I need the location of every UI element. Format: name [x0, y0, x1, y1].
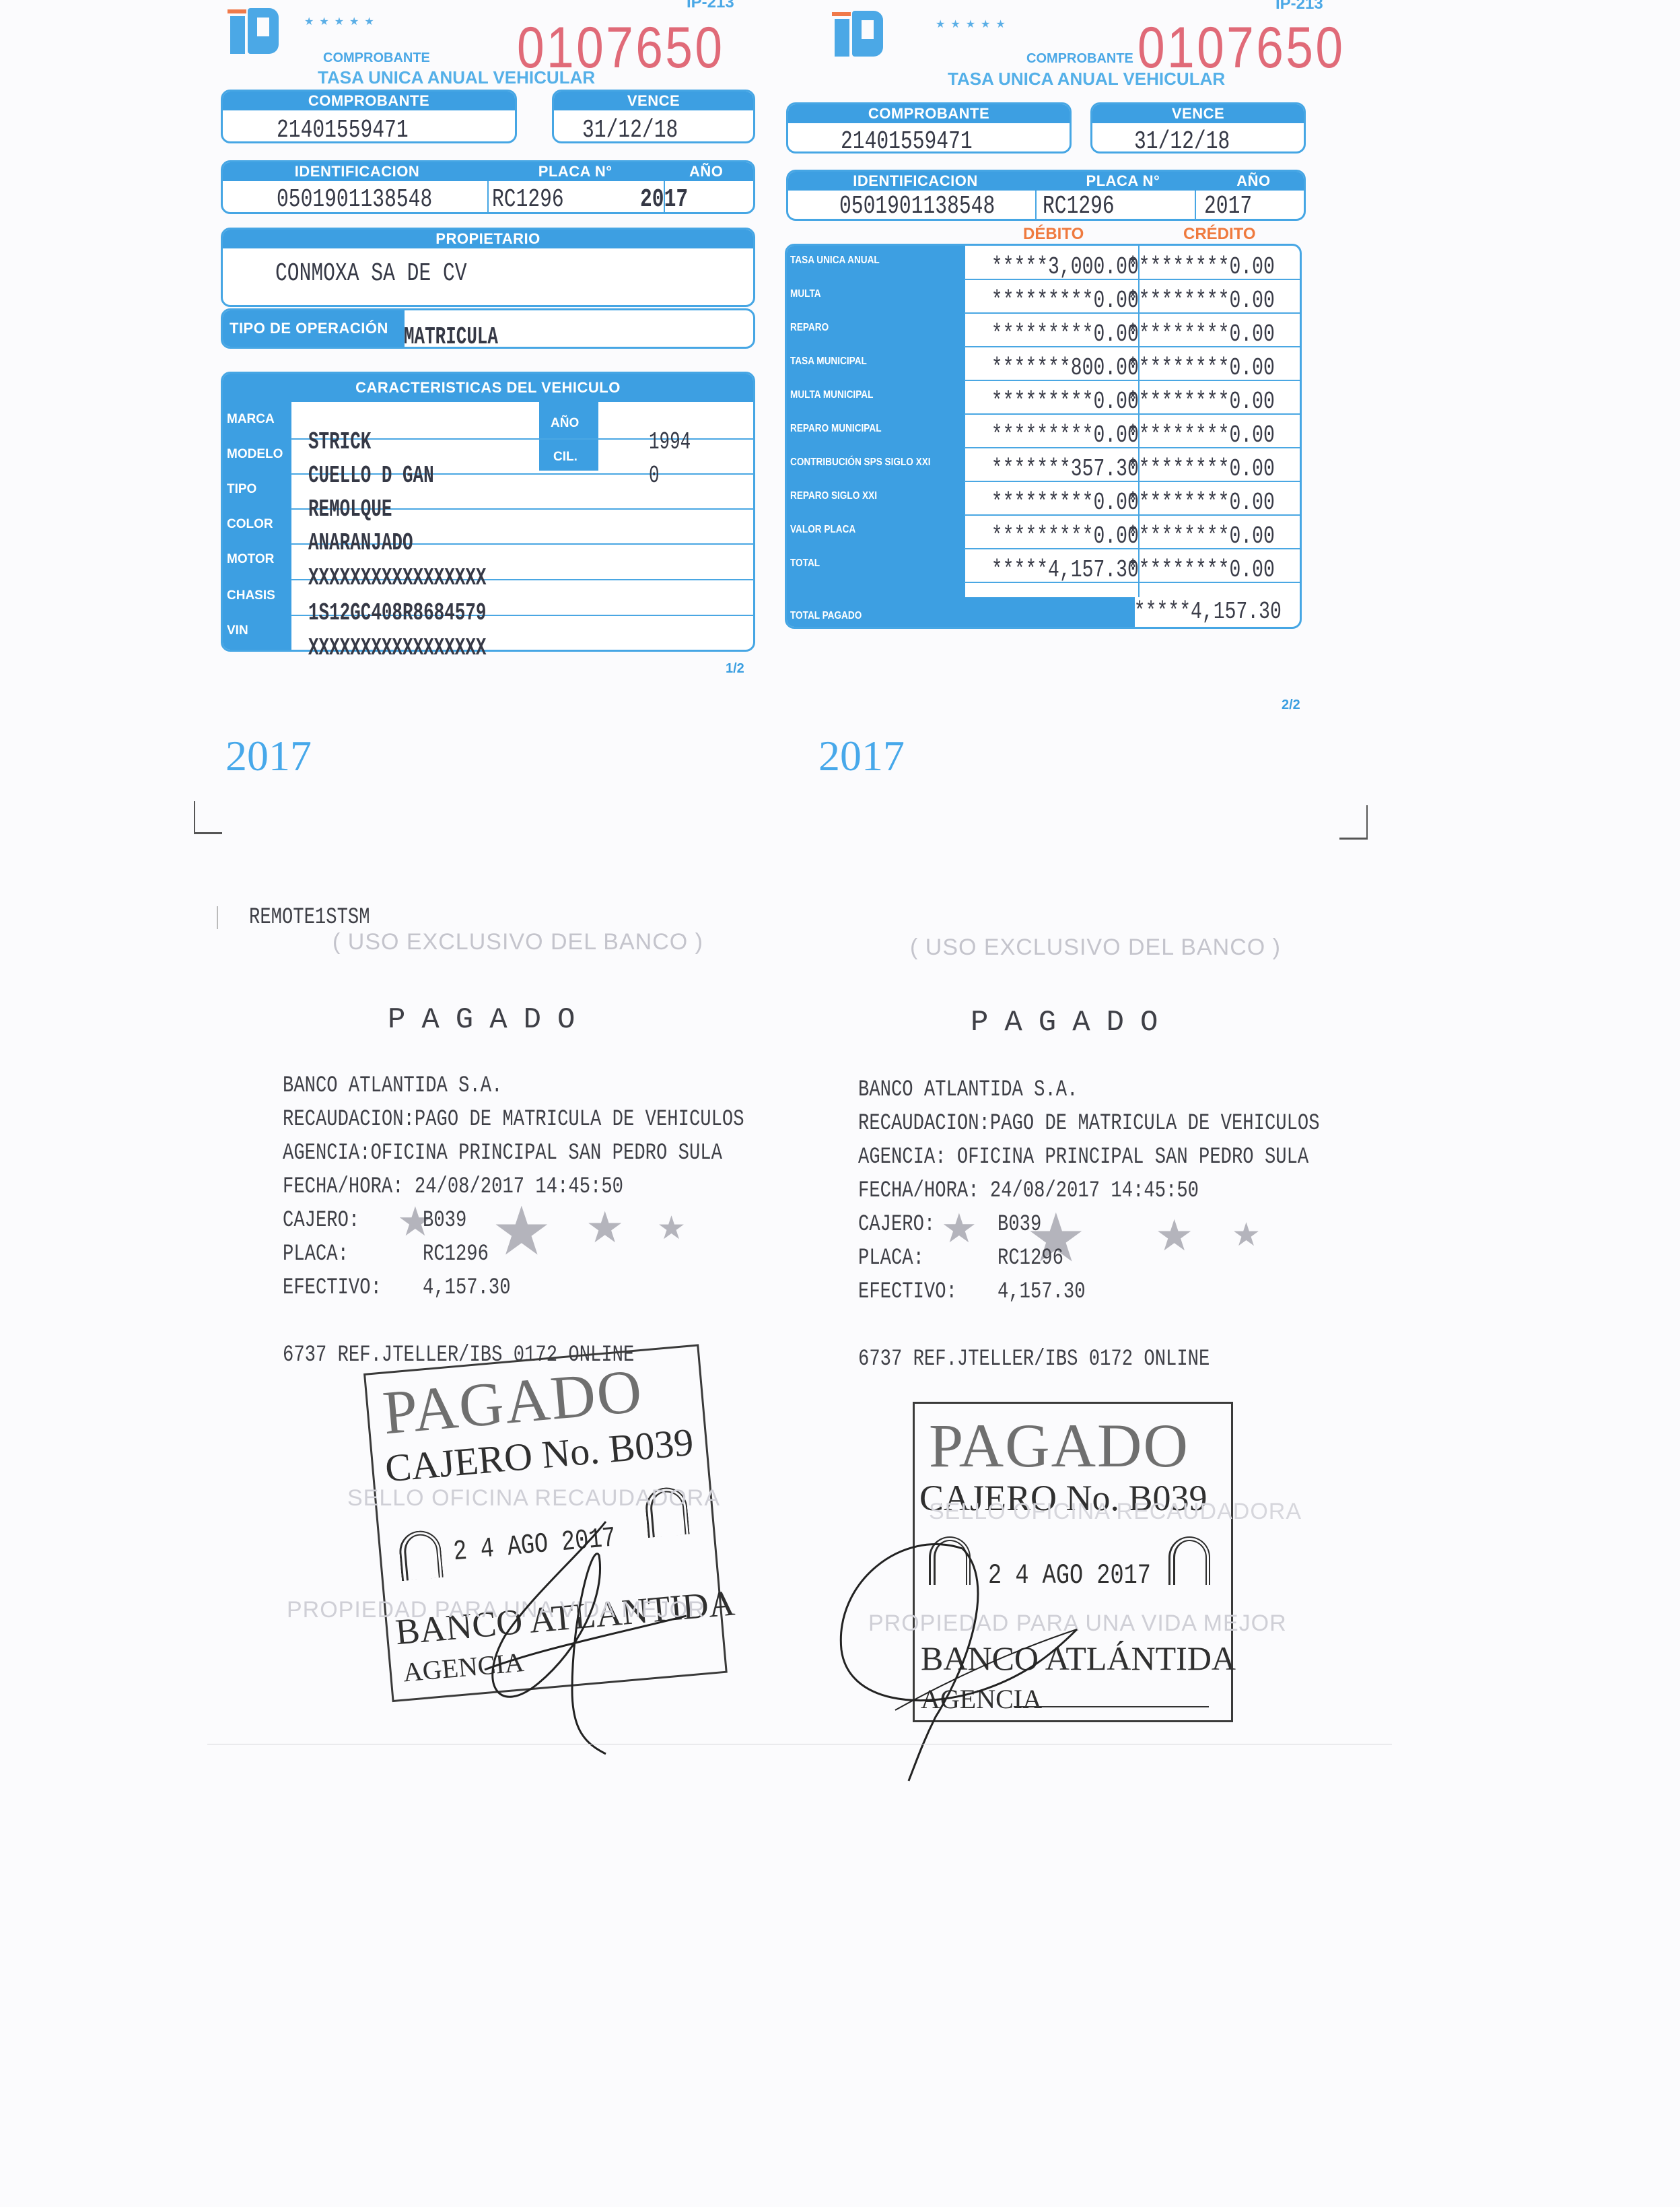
credito-value: *********0.00 — [1127, 388, 1275, 415]
table-rule — [964, 481, 1300, 482]
debito-header: DÉBITO — [1023, 225, 1084, 244]
veh-value-marca: STRICK — [308, 428, 371, 456]
seal-text: SELLO OFICINA RECAUDADORA — [347, 1485, 720, 1512]
table-rule — [964, 380, 1300, 381]
credito-value: *********0.00 — [1127, 556, 1275, 584]
bank-logo-icon — [1168, 1536, 1210, 1585]
identificacion-field: IDENTIFICACION PLACA N° AÑO 050190113854… — [786, 170, 1306, 221]
veh-label-marca: MARCA — [227, 412, 275, 427]
receipt-line: BANCO ATLANTIDA S.A. — [858, 1077, 1078, 1103]
propietario-value: CONMOXA SA DE CV — [275, 259, 648, 288]
cajero-label: CAJERO: — [283, 1208, 359, 1233]
efectivo-value: 4,157.30 — [998, 1279, 1086, 1305]
scan-line — [207, 1744, 1392, 1744]
comprobante-field: COMPROBANTE 21401559471 — [786, 102, 1072, 154]
veh-value-motor: XXXXXXXXXXXXXXXXX — [308, 564, 486, 592]
veh-label-tipo: TIPO — [227, 482, 256, 497]
tipo-operacion-value: MATRICULA — [404, 323, 498, 351]
table-rule — [964, 548, 1300, 549]
placa-label: PLACA: — [858, 1246, 924, 1271]
debito-value: *******800.00 — [991, 354, 1139, 382]
receipt-line: AGENCIA: OFICINA PRINCIPAL SAN PEDRO SUL… — [858, 1145, 1308, 1170]
reference-line: 6737 REF.JTELLER/IBS 0172 ONLINE — [858, 1347, 1210, 1372]
uso-exclusivo-label: ( USO EXCLUSIVO DEL BANCO ) — [910, 935, 1281, 961]
amount-label: VALOR PLACA — [790, 524, 855, 536]
form-code: IP-213 — [687, 0, 734, 12]
table-rule — [964, 582, 1300, 583]
placa-value: RC1296 — [492, 185, 564, 214]
debito-value: *********0.00 — [991, 320, 1139, 348]
star-icon: ★ — [657, 1209, 686, 1247]
form-code: IP-213 — [1275, 0, 1323, 13]
comprobante-value: 21401559471 — [277, 116, 462, 143]
credito-value: *********0.00 — [1127, 522, 1275, 550]
comprobante-field: COMPROBANTE 21401559471 — [221, 90, 517, 143]
veh-label-color: COLOR — [227, 517, 273, 532]
year-watermark: 2017 — [225, 731, 312, 781]
credito-value: *********0.00 — [1127, 489, 1275, 516]
amount-label: TASA MUNICIPAL — [790, 355, 867, 368]
amount-label: MULTA MUNICIPAL — [790, 389, 873, 401]
stars-icon: ★★★★★ — [304, 15, 380, 28]
crop-mark — [1366, 805, 1368, 839]
identificacion-field: IDENTIFICACION PLACA N° AÑO 050190113854… — [221, 160, 755, 214]
pagado-status: PAGADO — [388, 1003, 591, 1037]
debito-value: *********0.00 — [991, 421, 1139, 449]
propietario-field: PROPIETARIO CONMOXA SA DE CV — [221, 228, 755, 307]
total-pagado-value: *****4,157.30 — [1134, 598, 1282, 625]
amount-label: REPARO MUNICIPAL — [790, 423, 881, 435]
debito-value: *********0.00 — [991, 388, 1139, 415]
year-watermark: 2017 — [818, 731, 905, 781]
receipt-line: FECHA/HORA: 24/08/2017 14:45:50 — [283, 1174, 623, 1200]
stars-icon: ★★★★★ — [936, 18, 1011, 31]
stamp-title: PAGADO — [929, 1410, 1189, 1481]
form-title: TASA UNICA ANUAL VEHICULAR — [948, 69, 1225, 90]
debito-value: *******357.30 — [991, 455, 1139, 483]
table-rule — [964, 279, 1300, 280]
anio-value: 2017 — [1204, 192, 1252, 221]
receipt-line: RECAUDACION:PAGO DE MATRICULA DE VEHICUL… — [283, 1107, 744, 1132]
serial-label: COMPROBANTE — [1026, 51, 1133, 67]
amount-label: REPARO — [790, 322, 829, 334]
table-rule — [964, 312, 1300, 314]
veh-value-chasis: 1S12GC408R8684579 — [308, 599, 486, 627]
identificacion-label: IDENTIFICACION — [223, 163, 491, 180]
star-icon: ★ — [586, 1202, 624, 1253]
table-rule — [964, 447, 1300, 448]
vence-value: 31/12/18 — [582, 116, 715, 143]
veh-label-vin: VIN — [227, 623, 248, 638]
amount-label: TASA UNICA ANUAL — [790, 254, 880, 267]
receipt-line: BANCO ATLANTIDA S.A. — [283, 1073, 502, 1099]
propietario-label: PROPIETARIO — [435, 230, 540, 248]
placa-label: PLACA N° — [1043, 172, 1203, 190]
veh-label-chasis: CHASIS — [227, 588, 275, 603]
efectivo-value: 4,157.30 — [423, 1275, 511, 1301]
veh-value-cil: 0 — [649, 462, 660, 489]
credito-value: *********0.00 — [1127, 287, 1275, 314]
table-rule — [964, 346, 1300, 347]
caracteristicas-panel: CARACTERISTICAS DEL VEHICULO — [221, 372, 755, 652]
tipo-operacion-label: TIPO DE OPERACIÓN — [230, 320, 388, 337]
signature-icon — [404, 1515, 713, 1757]
ip-logo-icon — [228, 7, 281, 55]
ip-logo-icon — [832, 9, 886, 58]
total-pagado-label: TOTAL PAGADO — [790, 610, 862, 622]
table-rule — [964, 413, 1300, 415]
debito-value: *********0.00 — [991, 522, 1139, 550]
veh-value-vin: XXXXXXXXXXXXXXXXX — [308, 634, 486, 662]
veh-value-anio: 1994 — [649, 428, 691, 456]
placa-label: PLACA N° — [491, 163, 659, 180]
comprobante-value: 21401559471 — [841, 127, 1019, 154]
page-number: 1/2 — [726, 661, 744, 677]
anio-label: AÑO — [659, 163, 753, 180]
signature-icon — [821, 1528, 1104, 1784]
seal-text: SELLO OFICINA RECAUDADORA — [929, 1499, 1302, 1525]
vence-field: VENCE 31/12/18 — [552, 90, 755, 143]
crop-mark — [1339, 838, 1368, 840]
veh-label-motor: MOTOR — [227, 552, 274, 567]
veh-label-modelo: MODELO — [227, 447, 283, 462]
form-title: TASA UNICA ANUAL VEHICULAR — [318, 67, 595, 88]
star-icon: ★ — [491, 1192, 552, 1270]
veh-value-color: ANARANJADO — [308, 529, 413, 557]
efectivo-label: EFECTIVO: — [283, 1275, 382, 1301]
anio-value: 2017 — [640, 185, 688, 214]
table-rule — [964, 514, 1300, 516]
star-icon: ★ — [1155, 1211, 1193, 1261]
receipt-header-code: REMOTE1STSM — [249, 905, 370, 930]
vence-field: VENCE 31/12/18 — [1090, 102, 1306, 154]
caracteristicas-title: CARACTERISTICAS DEL VEHICULO — [355, 379, 621, 397]
amount-label: REPARO SIGLO XXI — [790, 490, 877, 502]
comprobante-label: COMPROBANTE — [868, 105, 989, 123]
credito-value: *********0.00 — [1127, 253, 1275, 281]
placa-value: RC1296 — [998, 1246, 1063, 1271]
serial-label: COMPROBANTE — [323, 50, 430, 66]
vence-label: VENCE — [627, 92, 680, 110]
margin-mark — [217, 906, 218, 929]
receipt-line: AGENCIA:OFICINA PRINCIPAL SAN PEDRO SULA — [283, 1141, 722, 1166]
credito-value: *********0.00 — [1127, 455, 1275, 483]
amount-label: CONTRIBUCIÓN SPS SIGLO XXI — [790, 456, 931, 469]
cajero-value: B039 — [998, 1212, 1041, 1237]
vence-label: VENCE — [1172, 105, 1224, 123]
cajero-label: CAJERO: — [858, 1212, 935, 1237]
efectivo-label: EFECTIVO: — [858, 1279, 957, 1305]
amount-label: MULTA — [790, 288, 821, 300]
receipt-line: RECAUDACION:PAGO DE MATRICULA DE VEHICUL… — [858, 1111, 1320, 1136]
debito-value: *****4,157.30 — [991, 556, 1139, 584]
uso-exclusivo-label: ( USO EXCLUSIVO DEL BANCO ) — [332, 929, 703, 955]
placa-value: RC1296 — [423, 1242, 489, 1267]
credito-value: *********0.00 — [1127, 421, 1275, 449]
placa-label: PLACA: — [283, 1242, 349, 1267]
star-icon: ★ — [1232, 1216, 1261, 1254]
amount-label: TOTAL — [790, 557, 820, 570]
identificacion-label: IDENTIFICACION — [788, 172, 1043, 190]
vence-value: 31/12/18 — [1134, 127, 1267, 154]
crop-mark — [194, 832, 222, 834]
placa-value: RC1296 — [1043, 192, 1115, 221]
identificacion-value: 0501901138548 — [277, 185, 432, 214]
veh-value-modelo: CUELLO D GAN — [308, 462, 434, 489]
page-number: 2/2 — [1282, 698, 1300, 713]
identificacion-value: 0501901138548 — [839, 192, 995, 221]
debito-value: *********0.00 — [991, 287, 1139, 314]
credito-header: CRÉDITO — [1183, 225, 1256, 244]
debito-value: *********0.00 — [991, 489, 1139, 516]
veh-label-cil: CIL. — [553, 450, 577, 465]
credito-value: *********0.00 — [1127, 354, 1275, 382]
anio-label: AÑO — [1203, 172, 1304, 190]
receipt-line: FECHA/HORA: 24/08/2017 14:45:50 — [858, 1178, 1199, 1204]
veh-value-tipo: REMOLQUE — [308, 496, 392, 523]
star-icon: ★ — [941, 1205, 977, 1252]
debito-value: *****3,000.00 — [991, 253, 1139, 281]
credito-value: *********0.00 — [1127, 320, 1275, 348]
veh-label-anio: AÑO — [551, 416, 579, 431]
crop-mark — [194, 801, 195, 834]
cajero-value: B039 — [423, 1208, 466, 1233]
pagado-status: PAGADO — [971, 1006, 1174, 1040]
comprobante-label: COMPROBANTE — [308, 92, 429, 110]
